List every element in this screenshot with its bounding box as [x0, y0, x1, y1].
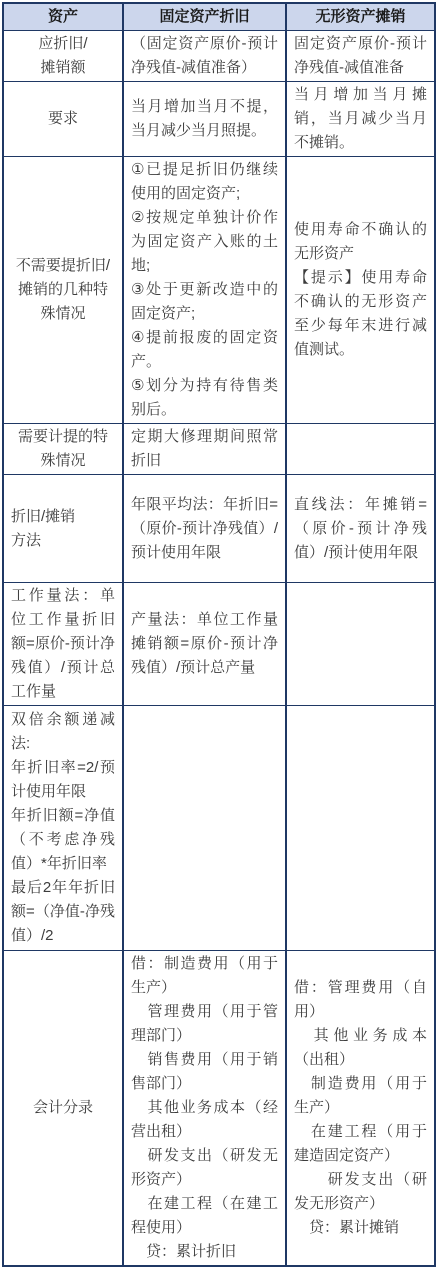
depreciation-amortization-table: 资产 固定资产折旧 无形资产摊销 应折旧/ 摊销额 （固定资产原价-预计净残值-…: [2, 2, 436, 1267]
row-label: 工作量法：单位工作量折旧额=原价-预计净残值）/预计总工作量: [3, 583, 123, 706]
row-label: 双倍余额递减法: 年折旧率=2/预计使用年限 年折旧额=净值（不考虑净残值）*年…: [3, 706, 123, 951]
cell-fixed: 年限平均法：年折旧=（原价-预计净残值）/预计使用年限: [123, 475, 286, 583]
row-label: 要求: [3, 82, 123, 157]
table-row-units-of-production-method: 工作量法：单位工作量折旧额=原价-预计净残值）/预计总工作量 产量法：单位工作量…: [3, 583, 435, 706]
table-row-requirement: 要求 当月增加当月不提，当月减少当月照提。 当月增加当月摊销，当月减少当月不摊销…: [3, 82, 435, 157]
table-row-depreciable-amount: 应折旧/ 摊销额 （固定资产原价-预计净残值-减值准备） 固定资产原价-预计净残…: [3, 31, 435, 82]
table-row-methods: 折旧/摊销 方法 年限平均法：年折旧=（原价-预计净残值）/预计使用年限 直线法…: [3, 475, 435, 583]
cell-fixed: 当月增加当月不提，当月减少当月照提。: [123, 82, 286, 157]
cell-fixed: 定期大修理期间照常折旧: [123, 424, 286, 475]
row-label: 应折旧/ 摊销额: [3, 31, 123, 82]
table-row-no-depreciation-cases: 不需要提折旧/摊销的几种特殊情况 ①已提足折旧仍继续使用的固定资产; ②按规定单…: [3, 157, 435, 424]
col-header-asset: 资产: [3, 3, 123, 31]
cell-fixed: （固定资产原价-预计净残值-减值准备）: [123, 31, 286, 82]
header-row: 资产 固定资产折旧 无形资产摊销: [3, 3, 435, 31]
cell-fixed: ①已提足折旧仍继续使用的固定资产; ②按规定单独计价作为固定资产入账的土地; ③…: [123, 157, 286, 424]
row-label: 不需要提折旧/摊销的几种特殊情况: [3, 157, 123, 424]
cell-intangible: 使用寿命不确认的无形资产 【提示】使用寿命不确认的无形资产至少每年末进行减值测试…: [286, 157, 435, 424]
cell-intangible: 固定资产原价-预计净残值-减值准备: [286, 31, 435, 82]
row-label: 折旧/摊销 方法: [3, 475, 123, 583]
cell-intangible: 直线法：年摊销=（原价-预计净残值）/预计使用年限: [286, 475, 435, 583]
cell-fixed: [123, 706, 286, 951]
cell-intangible: [286, 583, 435, 706]
row-label: 需要计提的特殊情况: [3, 424, 123, 475]
col-header-intangible-asset-amortization: 无形资产摊销: [286, 3, 435, 31]
cell-intangible: [286, 706, 435, 951]
cell-intangible: 当月增加当月摊销，当月减少当月不摊销。: [286, 82, 435, 157]
table-row-special-accrual-cases: 需要计提的特殊情况 定期大修理期间照常折旧: [3, 424, 435, 475]
cell-intangible: [286, 424, 435, 475]
document-page: 资产 固定资产折旧 无形资产摊销 应折旧/ 摊销额 （固定资产原价-预计净残值-…: [0, 0, 436, 1219]
cell-fixed: 产量法：单位工作量摊销额=原价-预计净残值）/预计总产量: [123, 583, 286, 706]
col-header-fixed-asset-depreciation: 固定资产折旧: [123, 3, 286, 31]
table-row-double-declining-balance-method: 双倍余额递减法: 年折旧率=2/预计使用年限 年折旧额=净值（不考虑净残值）*年…: [3, 706, 435, 951]
